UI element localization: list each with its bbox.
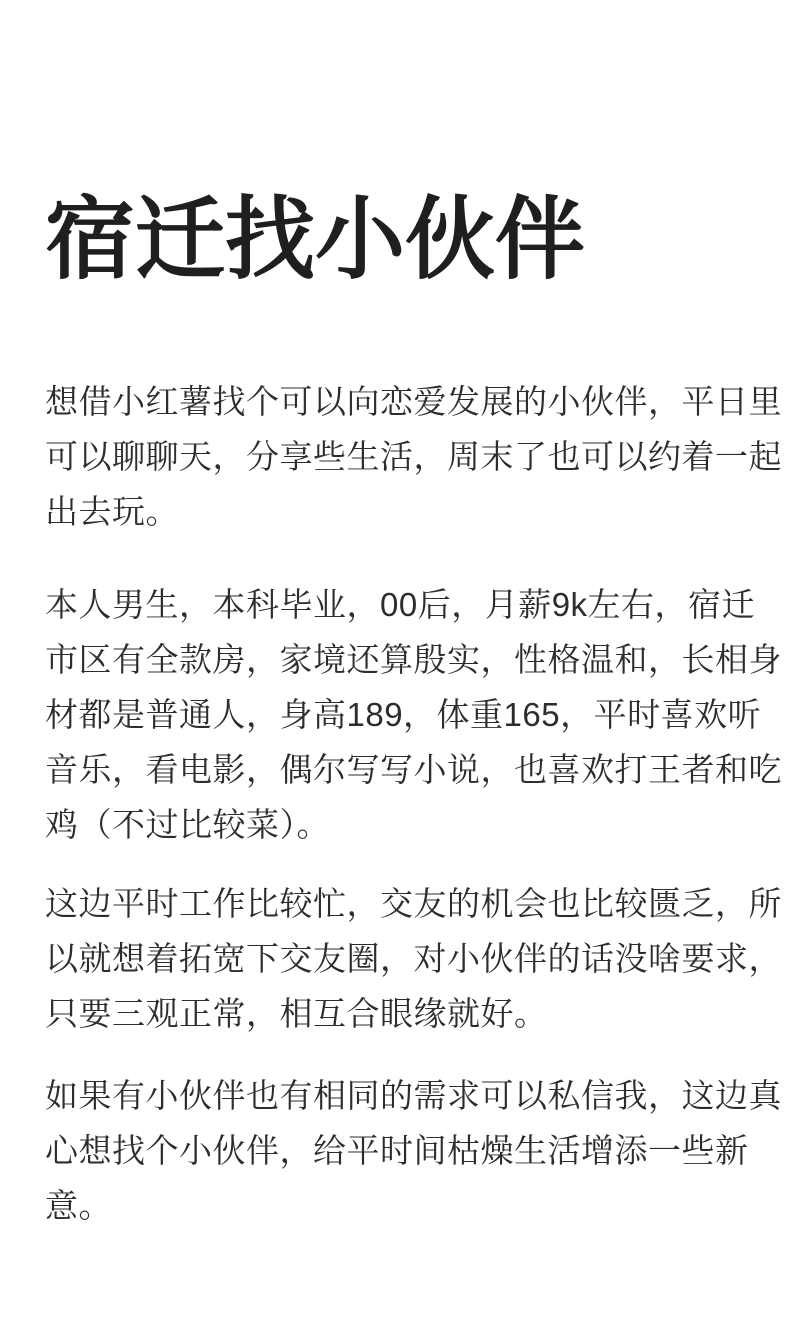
paragraph-line: 音乐，看电影，偶尔写写小说，也喜欢打王者和吃 [45,742,760,797]
paragraph: 本人男生，本科毕业，00后，月薪9k左右，宿迁市区有全款房，家境还算殷实，性格温… [45,577,760,852]
paragraph-line: 意。 [45,1178,760,1233]
paragraph-line: 鸡（不过比较菜）。 [45,797,760,852]
article-page: 宿迁找小伙伴 想借小红薯找个可以向恋爱发展的小伙伴，平日里可以聊聊天，分享些生活… [0,0,800,1334]
article-title: 宿迁找小伙伴 [45,180,585,300]
paragraph-line: 如果有小伙伴也有相同的需求可以私信我，这边真 [45,1068,760,1123]
paragraph: 如果有小伙伴也有相同的需求可以私信我，这边真心想找个小伙伴，给平时间枯燥生活增添… [45,1068,760,1233]
paragraph-line: 市区有全款房，家境还算殷实，性格温和，长相身 [45,632,760,687]
paragraph-line: 可以聊聊天，分享些生活，周末了也可以约着一起 [45,429,760,484]
paragraph-line: 想借小红薯找个可以向恋爱发展的小伙伴，平日里 [45,374,760,429]
paragraph-line: 本人男生，本科毕业，00后，月薪9k左右，宿迁 [45,577,760,632]
paragraph: 想借小红薯找个可以向恋爱发展的小伙伴，平日里可以聊聊天，分享些生活，周末了也可以… [45,374,760,539]
paragraph-line: 只要三观正常，相互合眼缘就好。 [45,986,760,1041]
paragraph-line: 心想找个小伙伴，给平时间枯燥生活增添一些新 [45,1123,760,1178]
paragraph-line: 以就想着拓宽下交友圈，对小伙伴的话没啥要求， [45,931,760,986]
paragraph: 这边平时工作比较忙，交友的机会也比较匮乏，所以就想着拓宽下交友圈，对小伙伴的话没… [45,876,760,1041]
paragraph-line: 材都是普通人，身高189，体重165，平时喜欢听 [45,687,760,742]
paragraph-line: 出去玩。 [45,484,760,539]
paragraph-line: 这边平时工作比较忙，交友的机会也比较匮乏，所 [45,876,760,931]
